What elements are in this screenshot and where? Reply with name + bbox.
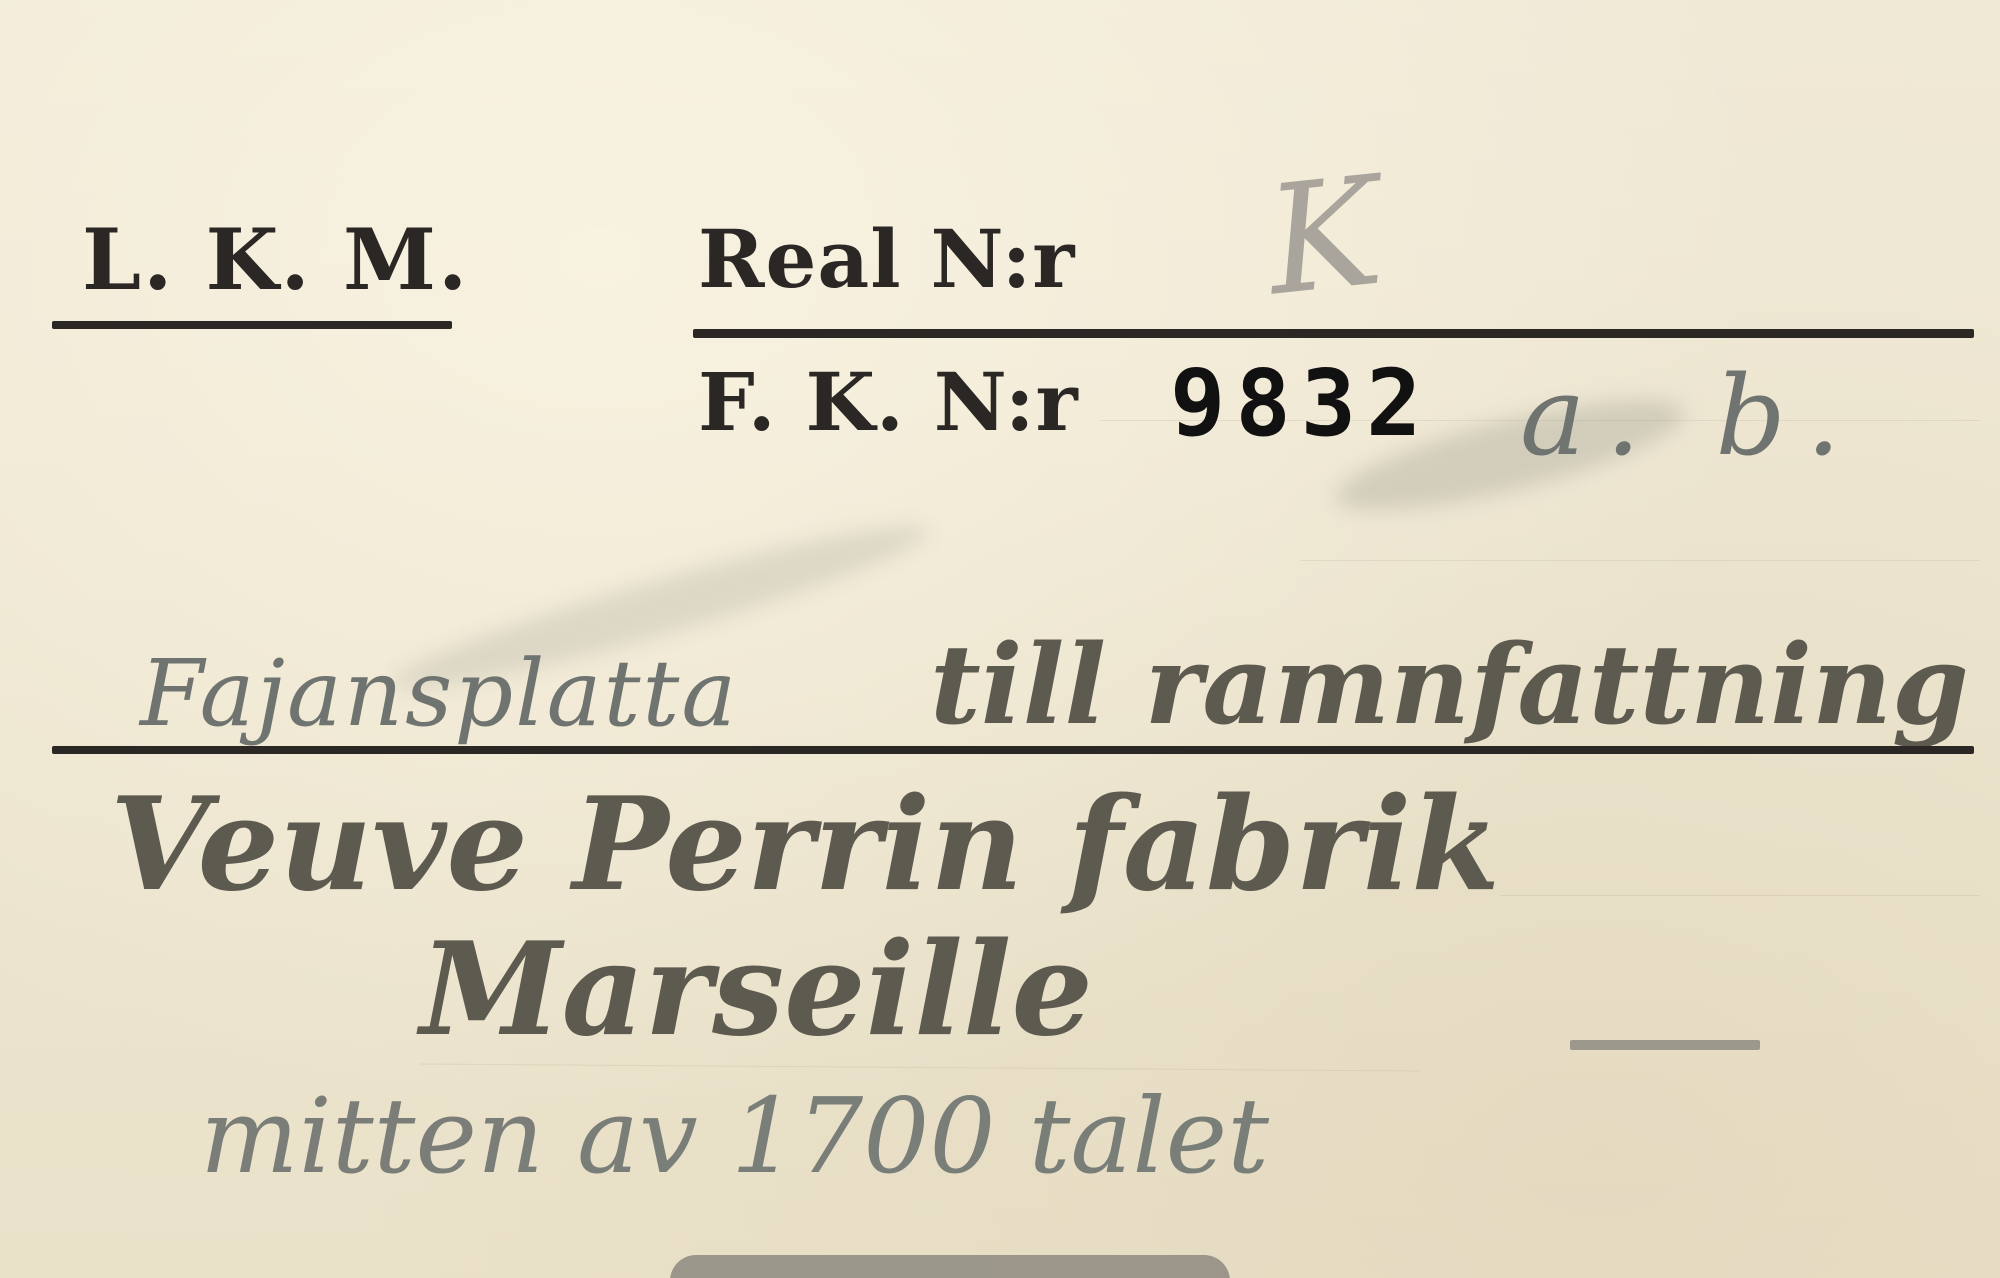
description-line-3: Veuve Perrin fabrik xyxy=(110,770,1500,920)
institution-abbrev: L. K. M. xyxy=(82,210,469,309)
fk-nr-value: 9832 xyxy=(1170,350,1432,457)
fk-nr-label: F. K. N:r xyxy=(698,355,1079,449)
description-line-5: mitten av 1700 talet xyxy=(200,1075,1269,1197)
ink-dash xyxy=(1570,1040,1760,1050)
description-line-4: Marseille xyxy=(420,915,1093,1065)
description-line-1: Fajansplatta xyxy=(140,640,738,747)
real-nr-value: K xyxy=(1259,145,1389,330)
description-divider xyxy=(52,746,1974,754)
description-line-2: till ramnfattning xyxy=(930,620,1969,749)
header-divider xyxy=(693,329,1974,338)
header-underline-left xyxy=(52,321,452,329)
paper-rule xyxy=(1500,895,1980,896)
fk-nr-suffix: a. b. xyxy=(1520,352,1861,480)
paper-rule xyxy=(1300,560,1980,561)
ink-stroke-partial xyxy=(670,1255,1230,1278)
real-nr-label: Real N:r xyxy=(698,212,1075,306)
